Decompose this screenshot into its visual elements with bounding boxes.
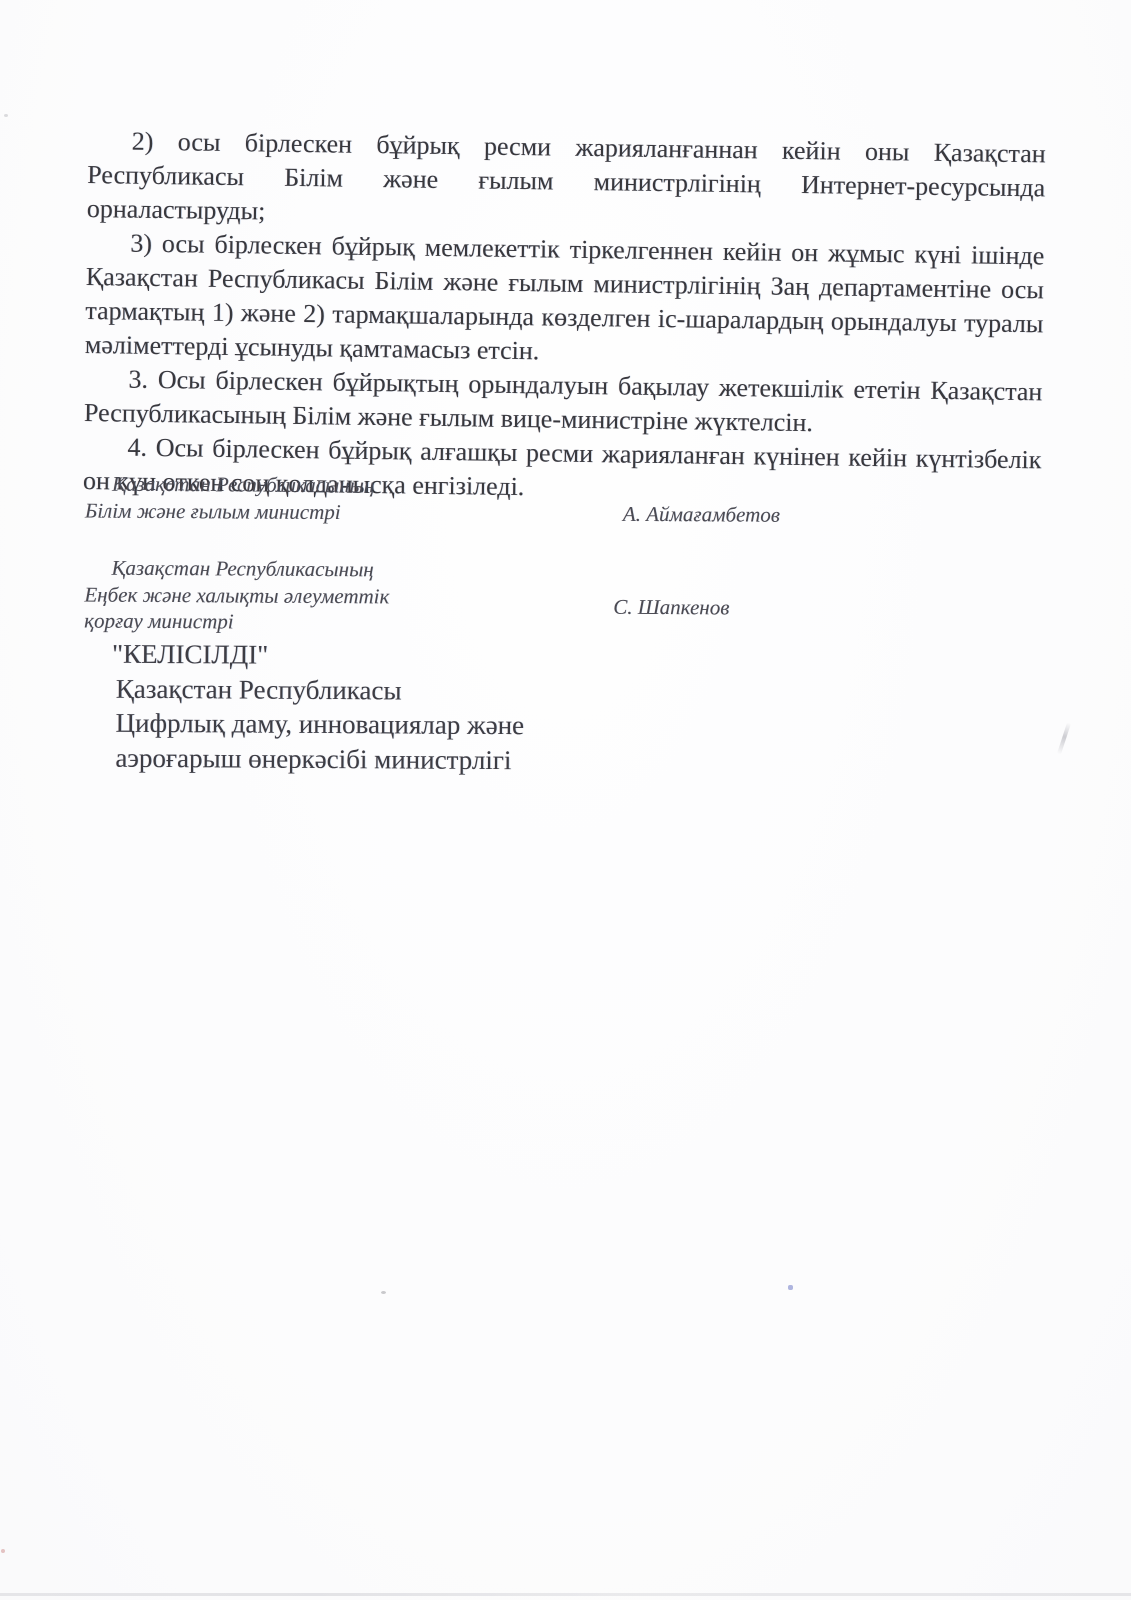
signatory-name-aimagambetov: А. Аймағамбетов [623, 502, 780, 528]
agreement-line: аэроғарыш өнеркәсібі министрлігі [111, 740, 524, 777]
signature-title-line: қорғау министрі [84, 608, 389, 636]
agreement-line: Цифрлық даму, инновациялар және [111, 706, 524, 743]
scanned-document-page: { "page": { "kind": "scanned official or… [0, 0, 1131, 1600]
document-page: 2) осы бірлескен бұйрық ресми жарияланға… [0, 0, 1131, 1600]
signature-block-labour-minister: Қазақстан Республикасының Еңбек және хал… [84, 555, 389, 636]
signature-title-line: Қазақстан Республикасының [85, 471, 374, 499]
signatory-name-shapkenov: С. Шапкенов [613, 595, 729, 621]
signature-and-agreement-area: Қазақстан Республикасының Білім және ғыл… [0, 0, 1131, 1600]
agreement-block: "КЕЛІСІЛДІ" Қазақстан Республикасы Цифрл… [111, 637, 524, 778]
signature-title-line: Қазақстан Республикасының [84, 555, 389, 583]
agreement-label: "КЕЛІСІЛДІ" [112, 637, 525, 674]
signature-block-education-minister: Қазақстан Республикасының Білім және ғыл… [85, 471, 375, 526]
agreement-line: Қазақстан Республикасы [112, 671, 525, 708]
signature-title-line: Білім және ғылым министрі [85, 497, 374, 525]
signature-title-line: Еңбек және халықты әлеуметтік [84, 581, 389, 609]
